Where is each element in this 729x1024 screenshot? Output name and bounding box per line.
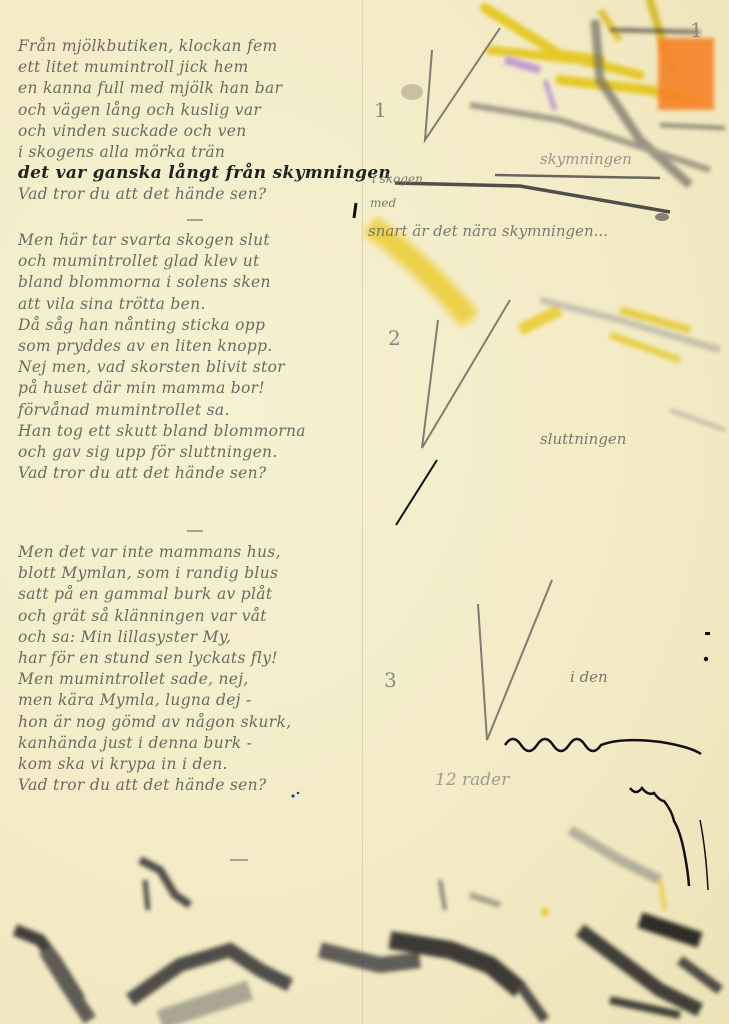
- poem-line: Han tog ett skutt bland blommorna: [18, 421, 378, 442]
- poem-line: i skogens alla mörka trän: [18, 142, 378, 163]
- note-med: med: [370, 196, 396, 210]
- poem-line: Men mumintrollet sade, nej,: [18, 669, 378, 690]
- poem-line: att vila sina trötta ben.: [18, 294, 378, 315]
- poem-line: en kanna full med mjölk han bar: [18, 78, 378, 99]
- note-snart: snart är det nära skymningen...: [368, 222, 608, 240]
- stanza-3: Men det var inte mammans hus, blott Myml…: [18, 542, 378, 796]
- poem-line: förvånad mumintrollet sa.: [18, 400, 378, 421]
- poem-line: och sa: Min lillasyster My,: [18, 627, 378, 648]
- poem-line: har för en stund sen lyckats fly!: [18, 648, 378, 669]
- poem-line: och mumintrollet glad klev ut: [18, 251, 378, 272]
- note-i-skogen: i skogen: [372, 172, 423, 186]
- corner-number: 1: [690, 18, 703, 42]
- stanza-2: Men här tar svarta skogen slut och mumin…: [18, 230, 378, 484]
- manuscript-page: Från mjölkbutiken, klockan fem ett litet…: [0, 0, 729, 1024]
- ink-overwrite-line: det var ganska långt från skymningen: [18, 163, 378, 184]
- poem-line: och vinden suckade och ven: [18, 121, 378, 142]
- poem-line: Vad tror du att det hände sen?: [18, 463, 378, 484]
- section-number-2: 2: [388, 326, 401, 350]
- poem-line: blott Mymlan, som i randig blus: [18, 563, 378, 584]
- poem-line: och grät så klänningen var våt: [18, 606, 378, 627]
- orange-wash: [658, 38, 714, 110]
- section-number-3: 3: [384, 668, 397, 692]
- poem-line: Men det var inte mammans hus,: [18, 542, 378, 563]
- poem-line: och vägen lång och kuslig var: [18, 100, 378, 121]
- note-12-rader: 12 rader: [435, 770, 509, 790]
- poem-line: Nej men, vad skorsten blivit stor: [18, 357, 378, 378]
- poem-line: Vad tror du att det hände sen?: [18, 775, 378, 796]
- poem-line: som pryddes av en liten knopp.: [18, 336, 378, 357]
- poem-line: men kära Mymla, lugna dej -: [18, 690, 378, 711]
- note-sluttningen: sluttningen: [540, 430, 626, 448]
- poem-line: hon är nog gömd av någon skurk,: [18, 712, 378, 733]
- poem-line: och gav sig upp för sluttningen.: [18, 442, 378, 463]
- note-i-den: i den: [570, 668, 608, 686]
- poem-line: Men här tar svarta skogen slut: [18, 230, 378, 251]
- poem-line: ett litet mumintroll jick hem: [18, 57, 378, 78]
- poem-line: på huset där min mamma bor!: [18, 378, 378, 399]
- poem-line: kom ska vi krypa in i den.: [18, 754, 378, 775]
- poem-line: kanhända just i denna burk -: [18, 733, 378, 754]
- poem-line: bland blommorna i solens sken: [18, 272, 378, 293]
- bottom-ink-wash: [15, 830, 720, 1020]
- note-skymningen: skymningen: [540, 150, 632, 168]
- poem-line: Från mjölkbutiken, klockan fem: [18, 36, 378, 57]
- poem-line: satt på en gammal burk av plåt: [18, 584, 378, 605]
- section-number-1: 1: [374, 98, 387, 122]
- stanza-1: Från mjölkbutiken, klockan fem ett litet…: [18, 36, 378, 206]
- poem-line: Vad tror du att det hände sen?: [18, 184, 378, 205]
- poem-line: Då såg han nånting sticka opp: [18, 315, 378, 336]
